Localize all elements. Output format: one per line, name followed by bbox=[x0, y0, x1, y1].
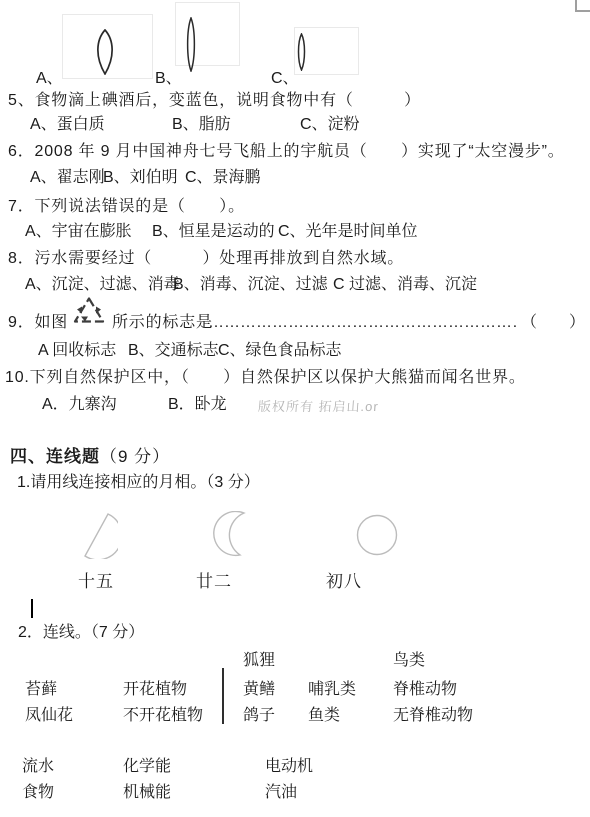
match-flowing-water: 流水 bbox=[22, 757, 54, 776]
match-eel: 黄鳝 bbox=[243, 680, 275, 699]
q9-answer-bracket: （ ） bbox=[521, 313, 585, 332]
moon-label-1: 十五 bbox=[78, 572, 114, 591]
item-2-label: 2．连线。（7 分） bbox=[18, 623, 144, 642]
frame-corner-mark bbox=[575, 0, 590, 12]
wide-lens-shape-icon bbox=[91, 29, 119, 75]
q7-option-c: C、光年是时间单位 bbox=[278, 222, 418, 241]
full-moon-icon bbox=[356, 514, 398, 556]
match-nonflowering-plant: 不开花植物 bbox=[123, 706, 203, 725]
shape-label-b: B、 bbox=[155, 69, 182, 88]
q8-option-b: B、消毒、沉淀、过滤 bbox=[173, 275, 328, 294]
question-10-stem: 10.下列自然保护区中，（ ）自然保护区以保护大熊猫而闻名世界。 bbox=[5, 368, 526, 387]
question-7-stem: 7．下列说法错误的是（ ）。 bbox=[8, 197, 245, 216]
match-balsam: 凤仙花 bbox=[25, 706, 73, 725]
q6-option-c: C、景海鹏 bbox=[185, 168, 261, 187]
shape-label-a: A、 bbox=[36, 69, 63, 88]
match-flowering-plant: 开花植物 bbox=[123, 680, 187, 699]
exam-page: A、 B、 C、 5、食物滴上碘酒后，变蓝色，说明食物中有（ ） A、蛋白质 B… bbox=[0, 0, 590, 817]
copyright-watermark: 版权所有 拓启山.or bbox=[257, 397, 379, 416]
match-food: 食物 bbox=[22, 783, 54, 802]
q8-option-a: A、沉淀、过滤、消毒 bbox=[25, 275, 180, 294]
section-4-title: 四、连线题 bbox=[10, 447, 100, 466]
q8-option-c: C 过滤、消毒、沉淀 bbox=[333, 275, 477, 294]
match-chemical-energy: 化学能 bbox=[123, 757, 171, 776]
moon-label-2: 廿二 bbox=[196, 572, 232, 591]
question-9-stem-after: 所示的标志是 bbox=[112, 313, 213, 332]
crescent-moon-icon bbox=[212, 511, 254, 557]
q5-option-a: A、蛋白质 bbox=[30, 115, 105, 134]
match-gasoline: 汽油 bbox=[265, 783, 297, 802]
q7-option-a: A、宇宙在膨胀 bbox=[25, 222, 132, 241]
match-vertebrates: 脊椎动物 bbox=[393, 680, 457, 699]
q5-option-c: C、淀粉 bbox=[300, 115, 360, 134]
shape-label-c: C、 bbox=[271, 69, 299, 88]
question-6-stem: 6．2008 年 9 月中国神舟七号飞船上的宇航员（ ）实现了“太空漫步”。 bbox=[8, 142, 565, 161]
small-narrow-lens-shape-icon bbox=[295, 33, 308, 71]
match-electric-motor: 电动机 bbox=[265, 757, 313, 776]
q6-option-b: B、刘伯明 bbox=[103, 168, 178, 187]
match-mammals: 哺乳类 bbox=[308, 680, 356, 699]
question-9-stem-before: 9．如图 bbox=[8, 313, 68, 332]
section-4-score: （9 分） bbox=[100, 447, 170, 466]
moon-label-3: 初八 bbox=[326, 572, 362, 591]
q10-option-a: A．九寨沟 bbox=[42, 395, 117, 414]
item-1-label: 1.请用线连接相应的月相。（3 分） bbox=[17, 473, 260, 492]
match-birds: 鸟类 bbox=[393, 651, 425, 670]
recycle-icon bbox=[72, 295, 106, 326]
match-fox: 狐狸 bbox=[243, 651, 275, 670]
q9-option-c: C、绿色食品标志 bbox=[218, 341, 342, 360]
q7-option-b: B、恒星是运动的 bbox=[152, 222, 275, 241]
match-moss: 苔藓 bbox=[25, 680, 57, 699]
match-invertebrates: 无脊椎动物 bbox=[393, 706, 473, 725]
match-mechanical-energy: 机械能 bbox=[123, 783, 171, 802]
tall-narrow-lens-shape-icon bbox=[185, 17, 197, 72]
q5-option-b: B、脂肪 bbox=[172, 115, 231, 134]
q9-option-a: A 回收标志 bbox=[38, 341, 116, 360]
matching-divider-line bbox=[222, 668, 224, 724]
question-5-stem: 5、食物滴上碘酒后，变蓝色，说明食物中有（ ） bbox=[8, 91, 421, 110]
half-moon-icon bbox=[82, 513, 118, 559]
q10-option-b: B．卧龙 bbox=[168, 395, 227, 414]
text-cursor[interactable] bbox=[31, 599, 33, 618]
q6-option-a: A、翟志刚 bbox=[30, 168, 105, 187]
q9-option-b: B、交通标志 bbox=[128, 341, 219, 360]
q9-dot-leader: …………………………………………………………………… bbox=[208, 313, 518, 331]
match-fish: 鱼类 bbox=[308, 706, 340, 725]
match-pigeon: 鸽子 bbox=[243, 706, 275, 725]
question-8-stem: 8．污水需要经过（ ）处理再排放到自然水域。 bbox=[8, 249, 404, 268]
